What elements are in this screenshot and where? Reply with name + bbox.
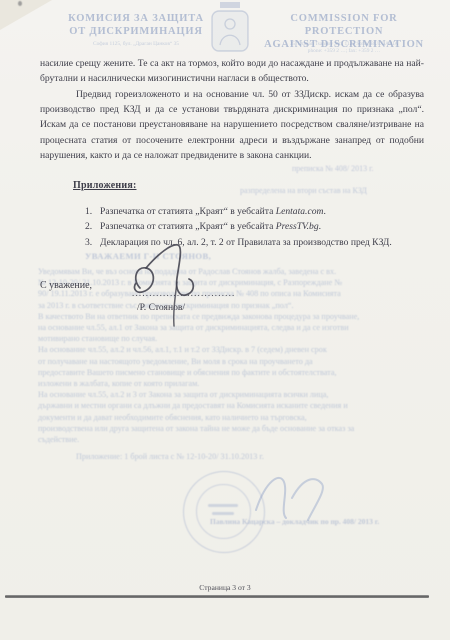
letterhead-org-name-bg: КОМИСИЯ ЗА ЗАЩИТА ОТ ДИСКРИМИНАЦИЯ bbox=[50, 12, 222, 38]
attachment-number: 3. bbox=[85, 237, 100, 249]
address-en-line2: phone: +359 2 …; fax: +359 2 … bbox=[258, 48, 430, 55]
attachment-text-prefix: Разпечатка от статията „Краят“ в уебсайт… bbox=[100, 206, 276, 217]
ghost-fragment-panel: разпределена на втори състав на КЗД bbox=[240, 186, 367, 195]
signature-dotted-line: .............................. bbox=[132, 288, 236, 298]
attachment-text: Разпечатка от статията „Краят“ в уебсайт… bbox=[100, 206, 326, 218]
ghost-attachment-line: Приложение: 1 брой листа с № 12-10-20/ 3… bbox=[76, 452, 264, 461]
attachment-website-name: PressTV.bg bbox=[276, 221, 319, 232]
staple-mark bbox=[18, 1, 22, 6]
footer-scan-line bbox=[5, 595, 429, 598]
attachment-text-suffix: . bbox=[319, 221, 321, 232]
handwritten-signature bbox=[126, 242, 216, 330]
commission-emblem-icon bbox=[205, 1, 255, 55]
scanned-document-page: КОМИСИЯ ЗА ЗАЩИТА ОТ ДИСКРИМИНАЦИЯ София… bbox=[0, 0, 450, 640]
page-number-label: Страница 3 от 3 bbox=[0, 583, 450, 592]
address-en-line1: 35, Dragan Tsankov Str., 1125 Sofia, BUL… bbox=[258, 41, 430, 48]
ghost-stamp-text-smudge bbox=[212, 512, 234, 515]
org-name-bg-line2: ОТ ДИСКРИМИНАЦИЯ bbox=[50, 25, 222, 38]
body-paragraph-1: насилие срещу жените. Те са акт на тормо… bbox=[40, 56, 424, 86]
ghost-stamp-text-smudge bbox=[208, 504, 238, 507]
ghost-fragment-case-number: преписка № 408/ 2013 г. bbox=[292, 164, 374, 173]
attachment-number: 2. bbox=[85, 221, 100, 233]
attachment-website-name: Lentata.com bbox=[276, 206, 324, 217]
letterhead-address-bg: София 1125, бул. „Драган Цанков“ 35 bbox=[50, 41, 222, 48]
attachment-text-suffix: . bbox=[323, 206, 325, 217]
attachments-heading: Приложения: bbox=[73, 180, 136, 191]
attachment-number: 1. bbox=[85, 206, 100, 218]
attachment-item-1: 1. Разпечатка от статията „Краят“ в уебс… bbox=[85, 206, 430, 218]
org-name-bg-line1: КОМИСИЯ ЗА ЗАЩИТА bbox=[50, 12, 222, 25]
attachment-text: Разпечатка от статията „Краят“ в уебсайт… bbox=[100, 221, 321, 233]
body-paragraph-2: Предвид гореизложеното и на основание чл… bbox=[40, 87, 424, 163]
attachment-text-prefix: Разпечатка от статията „Краят“ в уебсайт… bbox=[100, 221, 276, 232]
signee-name: /Р. Стоянов/ bbox=[137, 302, 185, 313]
page-corner-fold bbox=[0, 0, 52, 30]
ghost-stamp-caption: Павлина Кацарска – докладчик по пр. 408/… bbox=[210, 517, 379, 526]
attachment-item-2: 2. Разпечатка от статията „Краят“ в уебс… bbox=[85, 221, 430, 233]
org-name-en-line1: COMMISSION FOR PROTECTION bbox=[258, 12, 430, 38]
closing-salutation: С уважение, bbox=[40, 280, 92, 291]
letterhead-address-en: 35, Dragan Tsankov Str., 1125 Sofia, BUL… bbox=[258, 41, 430, 55]
